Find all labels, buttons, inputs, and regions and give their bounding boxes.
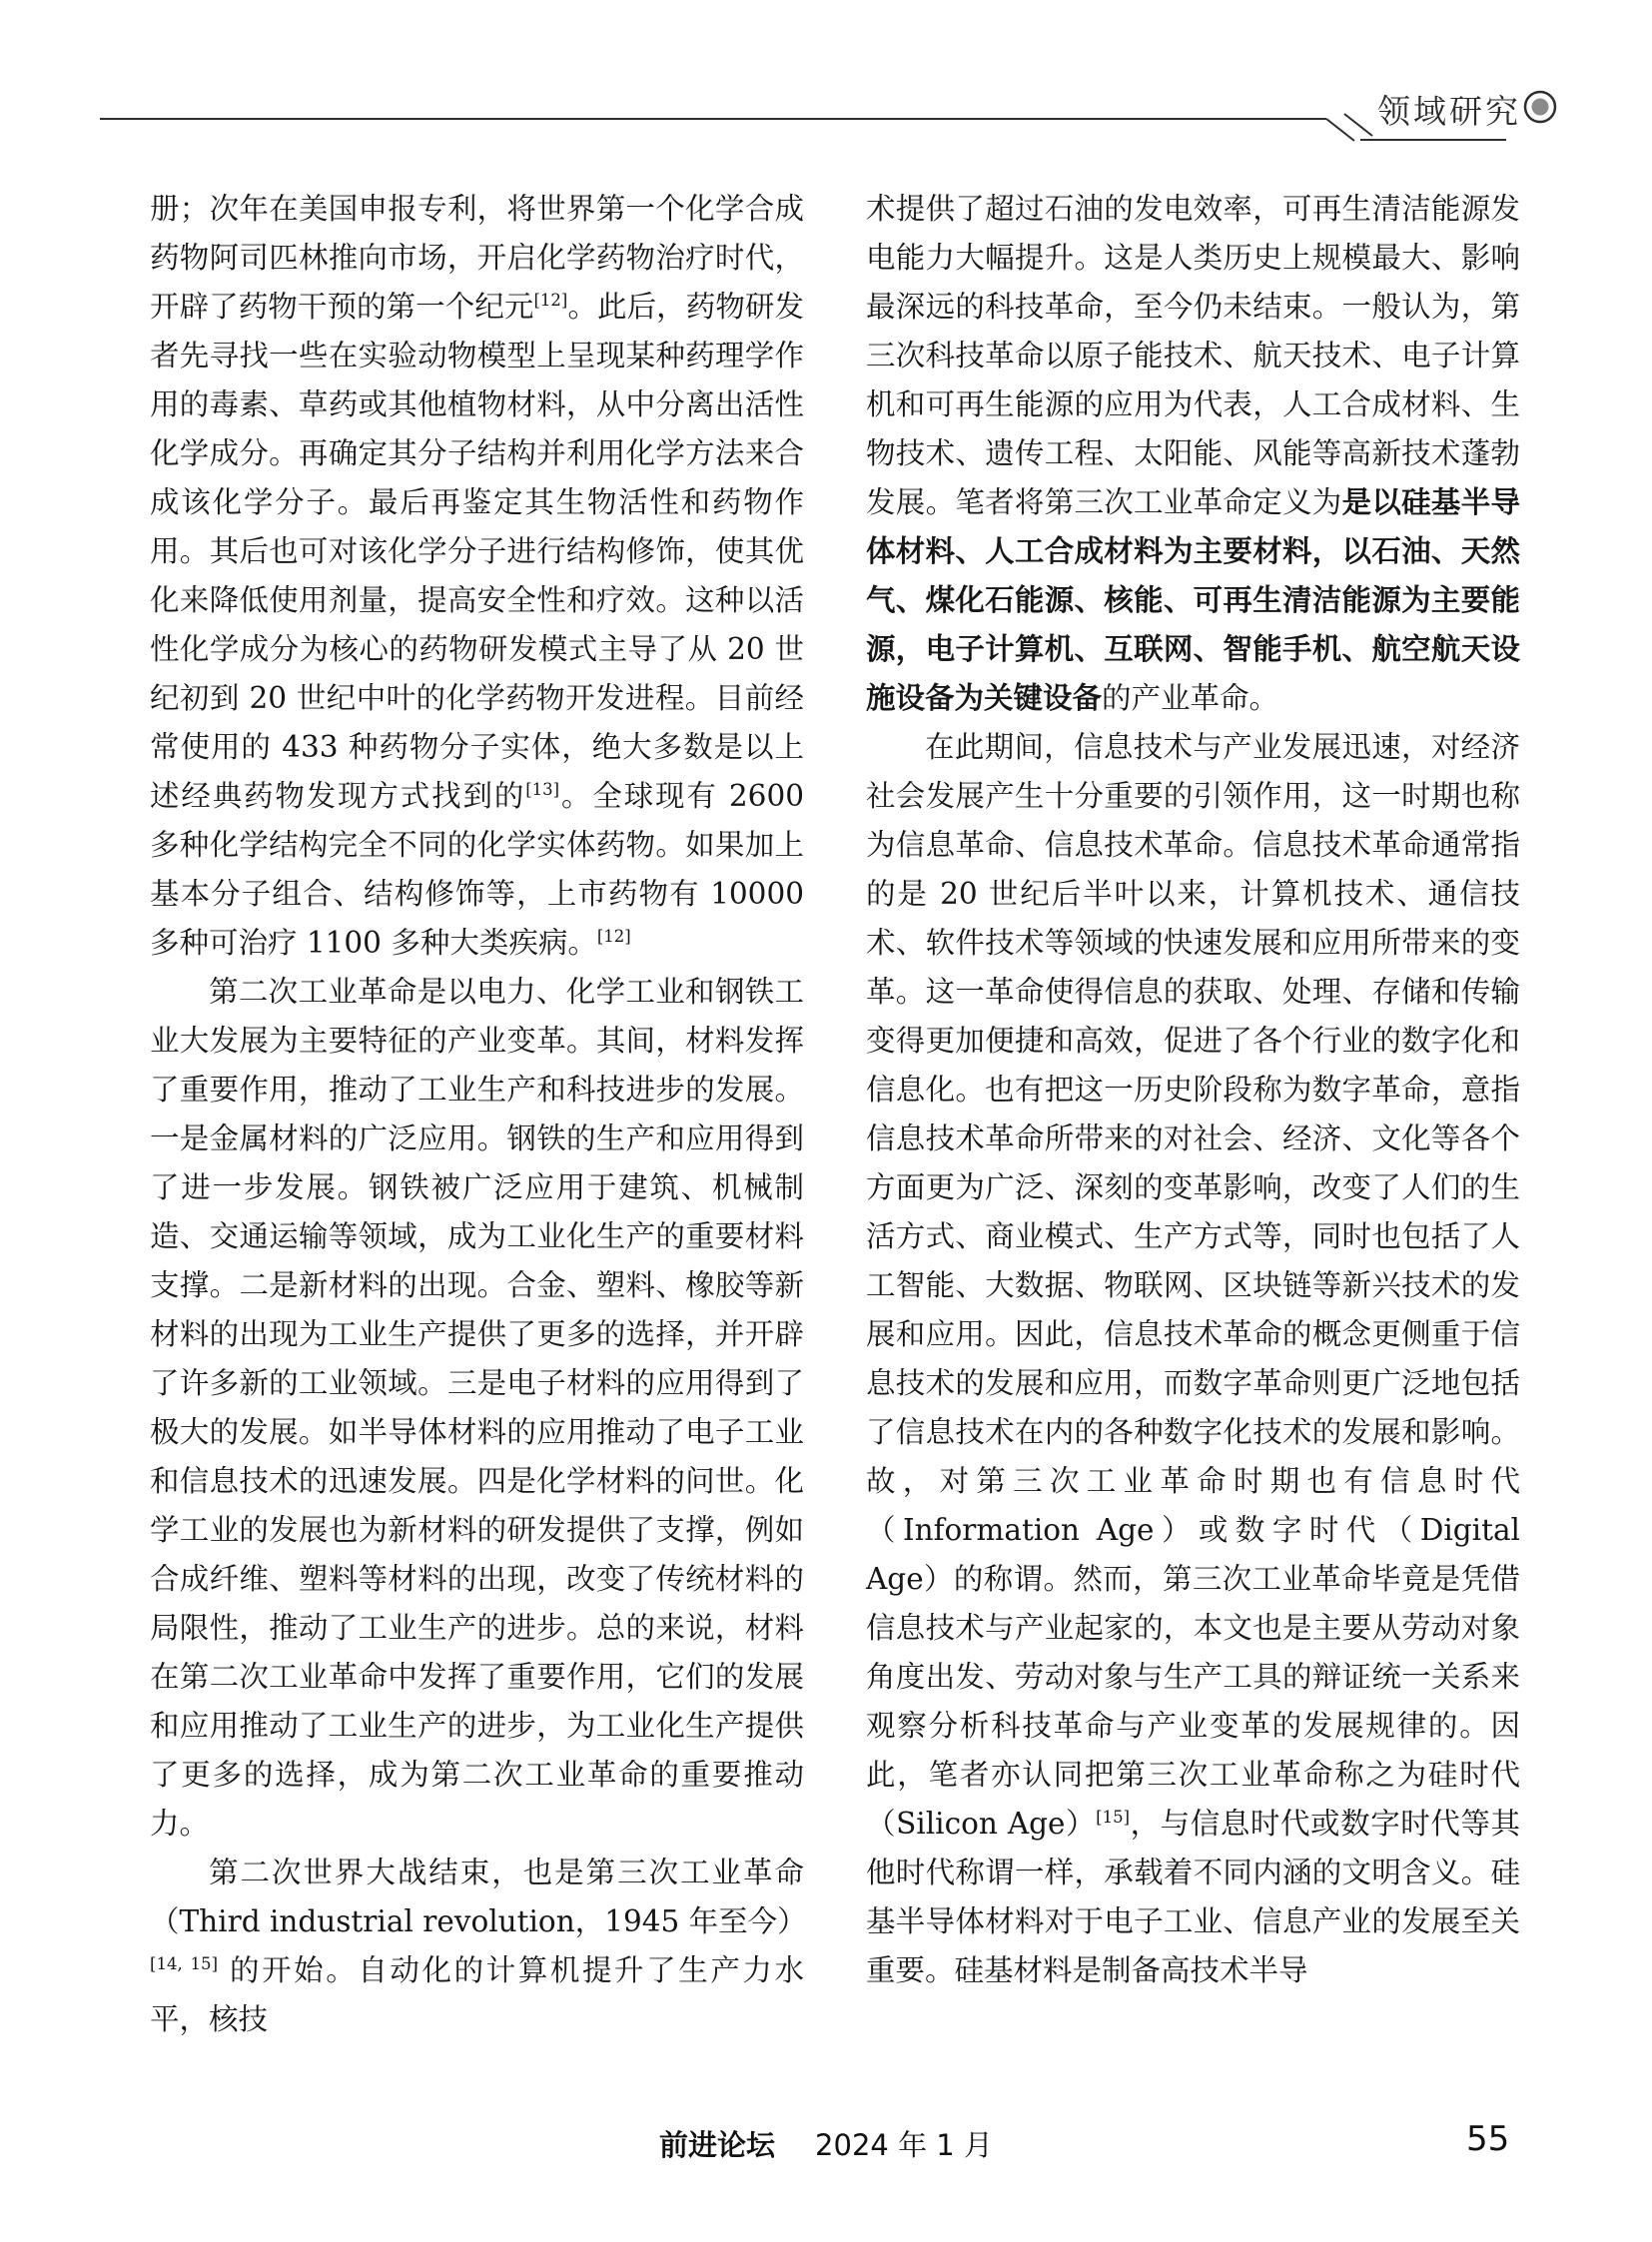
- paragraph: 第二次工业革命是以电力、化学工业和钢铁工业大发展为主要特征的产业变革。其间，材料…: [150, 968, 804, 1849]
- citation-superscript: [15]: [1096, 1808, 1130, 1827]
- section-label: 领域研究: [1377, 86, 1521, 133]
- paragraph: 在此期间，信息技术与产业发展迅速，对经济社会发展产生十分重要的引领作用，这一时期…: [866, 723, 1520, 1995]
- text-segment: 第二次世界大战结束，也是第三次工业革命（Third industrial rev…: [150, 1856, 807, 1938]
- paragraph: 术提供了超过石油的发电效率，可再生清洁能源发电能力大幅提升。这是人类历史上规模最…: [866, 185, 1520, 723]
- left-text-column: 册；次年在美国申报专利，将世界第一个化学合成药物阿司匹林推向市场，开启化学药物治…: [150, 185, 804, 2044]
- footer: 前进论坛2024 年 1 月: [0, 2123, 1652, 2164]
- citation-superscript: [12]: [597, 927, 631, 946]
- right-text-column: 术提供了超过石油的发电效率，可再生清洁能源发电能力大幅提升。这是人类历史上规模最…: [866, 185, 1520, 1995]
- text-segment: 第二次工业革命是以电力、化学工业和钢铁工业大发展为主要特征的产业变革。其间，材料…: [150, 975, 804, 1841]
- citation-superscript: [14, 15]: [150, 1954, 218, 1973]
- paragraph: 册；次年在美国申报专利，将世界第一个化学合成药物阿司匹林推向市场，开启化学药物治…: [150, 185, 804, 968]
- text-segment: 术提供了超过石油的发电效率，可再生清洁能源发电能力大幅提升。这是人类历史上规模最…: [866, 192, 1520, 519]
- document-page: 领域研究 册；次年在美国申报专利，将世界第一个化学合成药物阿司匹林推向市场，开启…: [0, 0, 1652, 2242]
- paragraph: 第二次世界大战结束，也是第三次工业革命（Third industrial rev…: [150, 1849, 804, 2044]
- text-segment: 在此期间，信息技术与产业发展迅速，对经济社会发展产生十分重要的引领作用，这一时期…: [866, 730, 1520, 1841]
- header-break-slash-2: [1344, 114, 1372, 136]
- issue-date: 2024 年 1 月: [815, 2128, 993, 2162]
- journal-name: 前进论坛: [659, 2128, 775, 2162]
- text-segment: 的产业革命。: [1102, 681, 1278, 715]
- bullseye-circle-icon: [1525, 92, 1555, 122]
- citation-superscript: [12]: [533, 291, 567, 310]
- header-break-slash-1: [1326, 119, 1354, 141]
- header-rule-graphic: [0, 0, 1652, 170]
- citation-superscript: [13]: [525, 780, 559, 799]
- text-segment: 。此后，药物研发者先寻找一些在实验动物模型上呈现某种药理学作用的毒素、草药或其他…: [150, 290, 804, 813]
- text-segment: 的开始。自动化的计算机提升了生产力水平，核技: [150, 1953, 804, 2036]
- page-number: 55: [1466, 2119, 1509, 2159]
